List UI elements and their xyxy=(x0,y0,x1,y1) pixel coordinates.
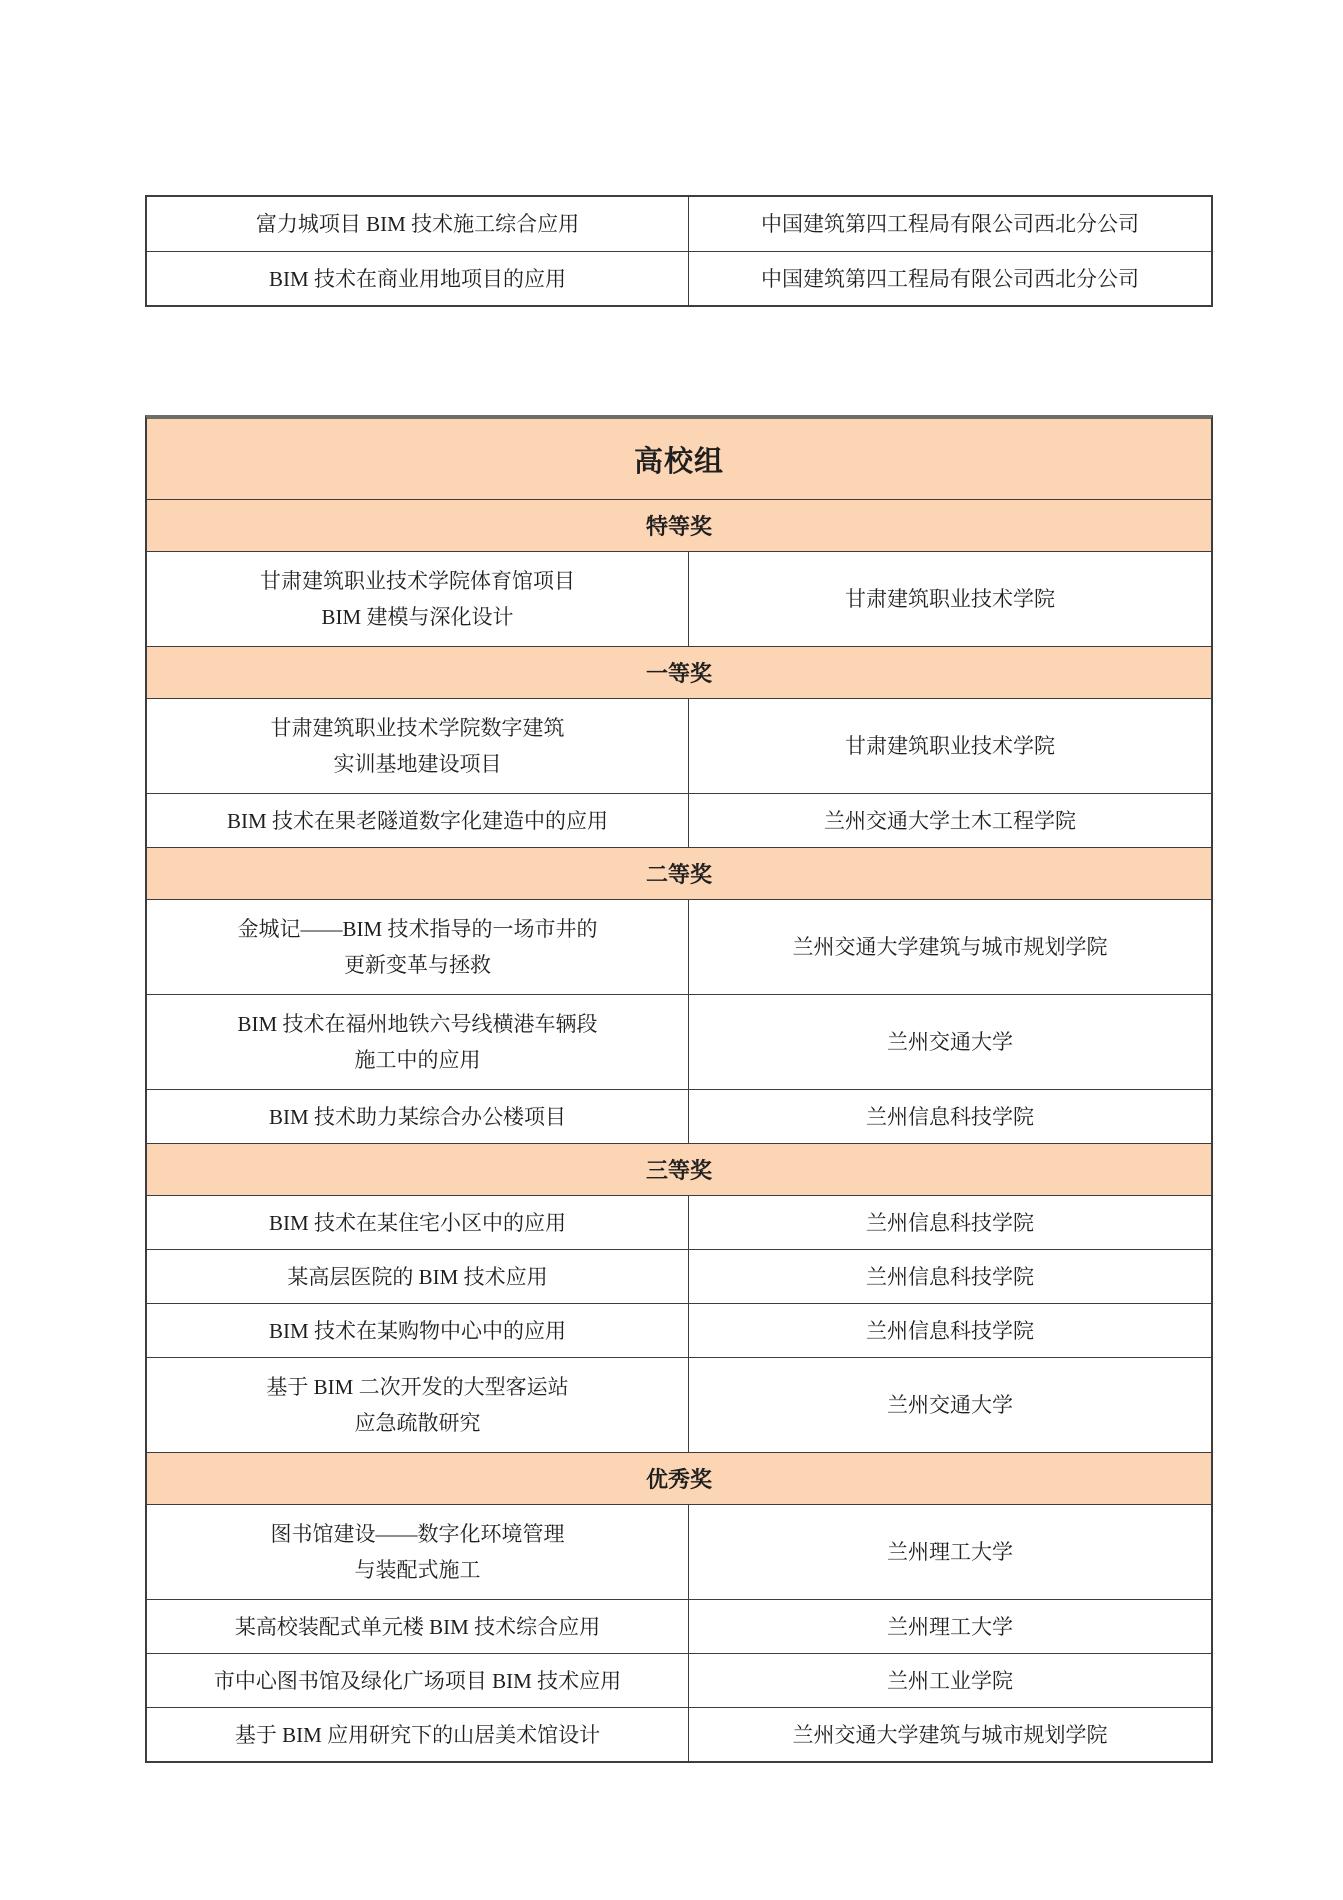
award-band: 二等奖 xyxy=(147,847,1211,899)
group-table-title-row: 高校组 xyxy=(147,419,1211,499)
table-row: BIM 技术在某住宅小区中的应用兰州信息科技学院 xyxy=(147,1195,1211,1249)
organization-cell: 兰州交通大学土木工程学院 xyxy=(689,794,1211,847)
award-band: 三等奖 xyxy=(147,1143,1211,1195)
project-cell: 金城记——BIM 技术指导的一场市井的 更新变革与拯救 xyxy=(147,900,689,994)
table-row: 图书馆建设——数字化环境管理 与装配式施工兰州理工大学 xyxy=(147,1504,1211,1599)
organization-cell: 兰州交通大学建筑与城市规划学院 xyxy=(689,1708,1211,1761)
university-group-awards-table: 高校组 特等奖甘肃建筑职业技术学院体育馆项目 BIM 建模与深化设计甘肃建筑职业… xyxy=(145,415,1213,1763)
table-row: BIM 技术在商业用地项目的应用中国建筑第四工程局有限公司西北分公司 xyxy=(147,251,1211,305)
award-band: 一等奖 xyxy=(147,646,1211,698)
table-row: 基于 BIM 二次开发的大型客运站 应急疏散研究兰州交通大学 xyxy=(147,1357,1211,1452)
table-row: 金城记——BIM 技术指导的一场市井的 更新变革与拯救兰州交通大学建筑与城市规划… xyxy=(147,899,1211,994)
organization-cell: 甘肃建筑职业技术学院 xyxy=(689,699,1211,793)
organization-cell: 兰州信息科技学院 xyxy=(689,1090,1211,1143)
project-cell: BIM 技术在福州地铁六号线横港车辆段 施工中的应用 xyxy=(147,995,689,1089)
table-row: BIM 技术在果老隧道数字化建造中的应用兰州交通大学土木工程学院 xyxy=(147,793,1211,847)
organization-cell: 甘肃建筑职业技术学院 xyxy=(689,552,1211,646)
group-table-title: 高校组 xyxy=(634,439,724,480)
table-row: 甘肃建筑职业技术学院数字建筑 实训基地建设项目甘肃建筑职业技术学院 xyxy=(147,698,1211,793)
award-band: 特等奖 xyxy=(147,499,1211,551)
project-cell: 甘肃建筑职业技术学院体育馆项目 BIM 建模与深化设计 xyxy=(147,552,689,646)
table-row: 某高层医院的 BIM 技术应用兰州信息科技学院 xyxy=(147,1249,1211,1303)
table-row: BIM 技术助力某综合办公楼项目兰州信息科技学院 xyxy=(147,1089,1211,1143)
document-page: 富力城项目 BIM 技术施工综合应用中国建筑第四工程局有限公司西北分公司BIM … xyxy=(0,0,1343,1900)
organization-cell: 兰州交通大学 xyxy=(689,1358,1211,1452)
organization-cell: 兰州交通大学 xyxy=(689,995,1211,1089)
project-cell: 基于 BIM 二次开发的大型客运站 应急疏散研究 xyxy=(147,1358,689,1452)
table-row: 基于 BIM 应用研究下的山居美术馆设计兰州交通大学建筑与城市规划学院 xyxy=(147,1707,1211,1761)
project-cell: 图书馆建设——数字化环境管理 与装配式施工 xyxy=(147,1505,689,1599)
table-row: 富力城项目 BIM 技术施工综合应用中国建筑第四工程局有限公司西北分公司 xyxy=(147,197,1211,251)
project-cell: 某高校装配式单元楼 BIM 技术综合应用 xyxy=(147,1600,689,1653)
table-row: 甘肃建筑职业技术学院体育馆项目 BIM 建模与深化设计甘肃建筑职业技术学院 xyxy=(147,551,1211,646)
project-cell: 市中心图书馆及绿化广场项目 BIM 技术应用 xyxy=(147,1654,689,1707)
project-cell: BIM 技术在某购物中心中的应用 xyxy=(147,1304,689,1357)
organization-cell: 兰州信息科技学院 xyxy=(689,1250,1211,1303)
organization-cell: 兰州信息科技学院 xyxy=(689,1196,1211,1249)
organization-cell: 中国建筑第四工程局有限公司西北分公司 xyxy=(689,197,1211,251)
construction-company-awards-table: 富力城项目 BIM 技术施工综合应用中国建筑第四工程局有限公司西北分公司BIM … xyxy=(145,195,1213,307)
project-cell: 甘肃建筑职业技术学院数字建筑 实训基地建设项目 xyxy=(147,699,689,793)
project-cell: 富力城项目 BIM 技术施工综合应用 xyxy=(147,197,689,251)
organization-cell: 中国建筑第四工程局有限公司西北分公司 xyxy=(689,252,1211,305)
project-cell: BIM 技术在果老隧道数字化建造中的应用 xyxy=(147,794,689,847)
award-band: 优秀奖 xyxy=(147,1452,1211,1504)
organization-cell: 兰州信息科技学院 xyxy=(689,1304,1211,1357)
organization-cell: 兰州理工大学 xyxy=(689,1505,1211,1599)
table-row: 市中心图书馆及绿化广场项目 BIM 技术应用兰州工业学院 xyxy=(147,1653,1211,1707)
table-row: BIM 技术在福州地铁六号线横港车辆段 施工中的应用兰州交通大学 xyxy=(147,994,1211,1089)
organization-cell: 兰州理工大学 xyxy=(689,1600,1211,1653)
project-cell: 某高层医院的 BIM 技术应用 xyxy=(147,1250,689,1303)
project-cell: BIM 技术在商业用地项目的应用 xyxy=(147,252,689,305)
project-cell: BIM 技术助力某综合办公楼项目 xyxy=(147,1090,689,1143)
table-row: 某高校装配式单元楼 BIM 技术综合应用兰州理工大学 xyxy=(147,1599,1211,1653)
organization-cell: 兰州工业学院 xyxy=(689,1654,1211,1707)
table-row: BIM 技术在某购物中心中的应用兰州信息科技学院 xyxy=(147,1303,1211,1357)
project-cell: BIM 技术在某住宅小区中的应用 xyxy=(147,1196,689,1249)
project-cell: 基于 BIM 应用研究下的山居美术馆设计 xyxy=(147,1708,689,1761)
organization-cell: 兰州交通大学建筑与城市规划学院 xyxy=(689,900,1211,994)
